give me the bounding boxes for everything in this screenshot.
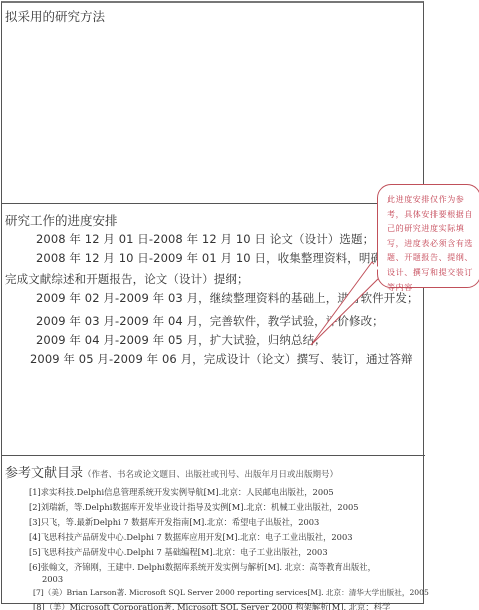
schedule-line: 2008 年 12 月 10 日-2009 年 01 月 10 日，收集整理资料… [36,250,394,266]
references-title: 参考文献目录 [5,466,83,481]
reference-item: [5]飞思科技产品研发中心.Delphi 7 基础编程[M].北京：电子工业出版… [29,546,328,558]
reference-item: [1]求实科技.Delphi信息管理系统开发实例导航[M].北京：人民邮电出版社… [29,486,334,498]
reference-item: [8]（美）Microsoft Corporation著. Microsoft … [33,601,390,610]
references-format-note: （作者、书名或论文题目、出版社或刊号、出版年月日或出版期号） [83,470,338,480]
schedule-line: 2009 年 05 月-2009 年 06 月，完成设计（论文）撰写、装订，通过… [30,351,413,367]
schedule-section-title: 研究工作的进度安排 [5,211,118,229]
section-divider-2 [1,455,425,456]
schedule-line: 2009 年 04 月-2009 年 05 月，扩大试验，归纳总结； [36,332,326,348]
reference-item-continuation: 2003 [42,574,63,584]
schedule-line: 2009 年 02 月-2009 年 03 月，继续整理资料的基础上，进行软件开… [36,290,419,306]
reference-item: [4]飞思科技产品研发中心.Delphi 7 数据库应用开发[M].北京：电子工… [29,531,353,543]
schedule-line: 完成文献综述和开题报告，论文（设计）提纲； [5,271,249,287]
reference-item: [2]刘瑞新，等.Delphi数据库开发毕业设计指导及实例[M].北京：机械工业… [29,501,359,513]
reference-item: [7]（美）Brian Larson著. Microsoft SQL Serve… [33,587,429,598]
methods-section-title: 拟采用的研究方法 [5,7,105,25]
callout-text: 此进度安排仅作为参考，具体安排要根据自己的研究进度实际填写，进度表必须含有选题、… [387,193,474,295]
reference-item: [6]张翰文，齐锦刚，王建中. Delphi数据库系统开发实例与解析[M]. 北… [29,561,376,573]
schedule-line: 2009 年 03 月-2009 年 04 月，完善软件，教学试验，评价修改； [36,313,384,329]
comment-callout: 此进度安排仅作为参考，具体安排要根据自己的研究进度实际填写，进度表必须含有选题、… [377,184,479,288]
reference-item: [3]只飞，等.最新Delphi 7 数据库开发指南[M].北京：希望电子出版社… [29,516,319,528]
references-section-title: 参考文献目录（作者、书名或论文题目、出版社或刊号、出版年月日或出版期号） [5,462,338,481]
schedule-line: 2008 年 12 月 01 日-2008 年 12 月 10 日 论文（设计）… [36,231,374,247]
section-divider-1 [1,203,425,204]
